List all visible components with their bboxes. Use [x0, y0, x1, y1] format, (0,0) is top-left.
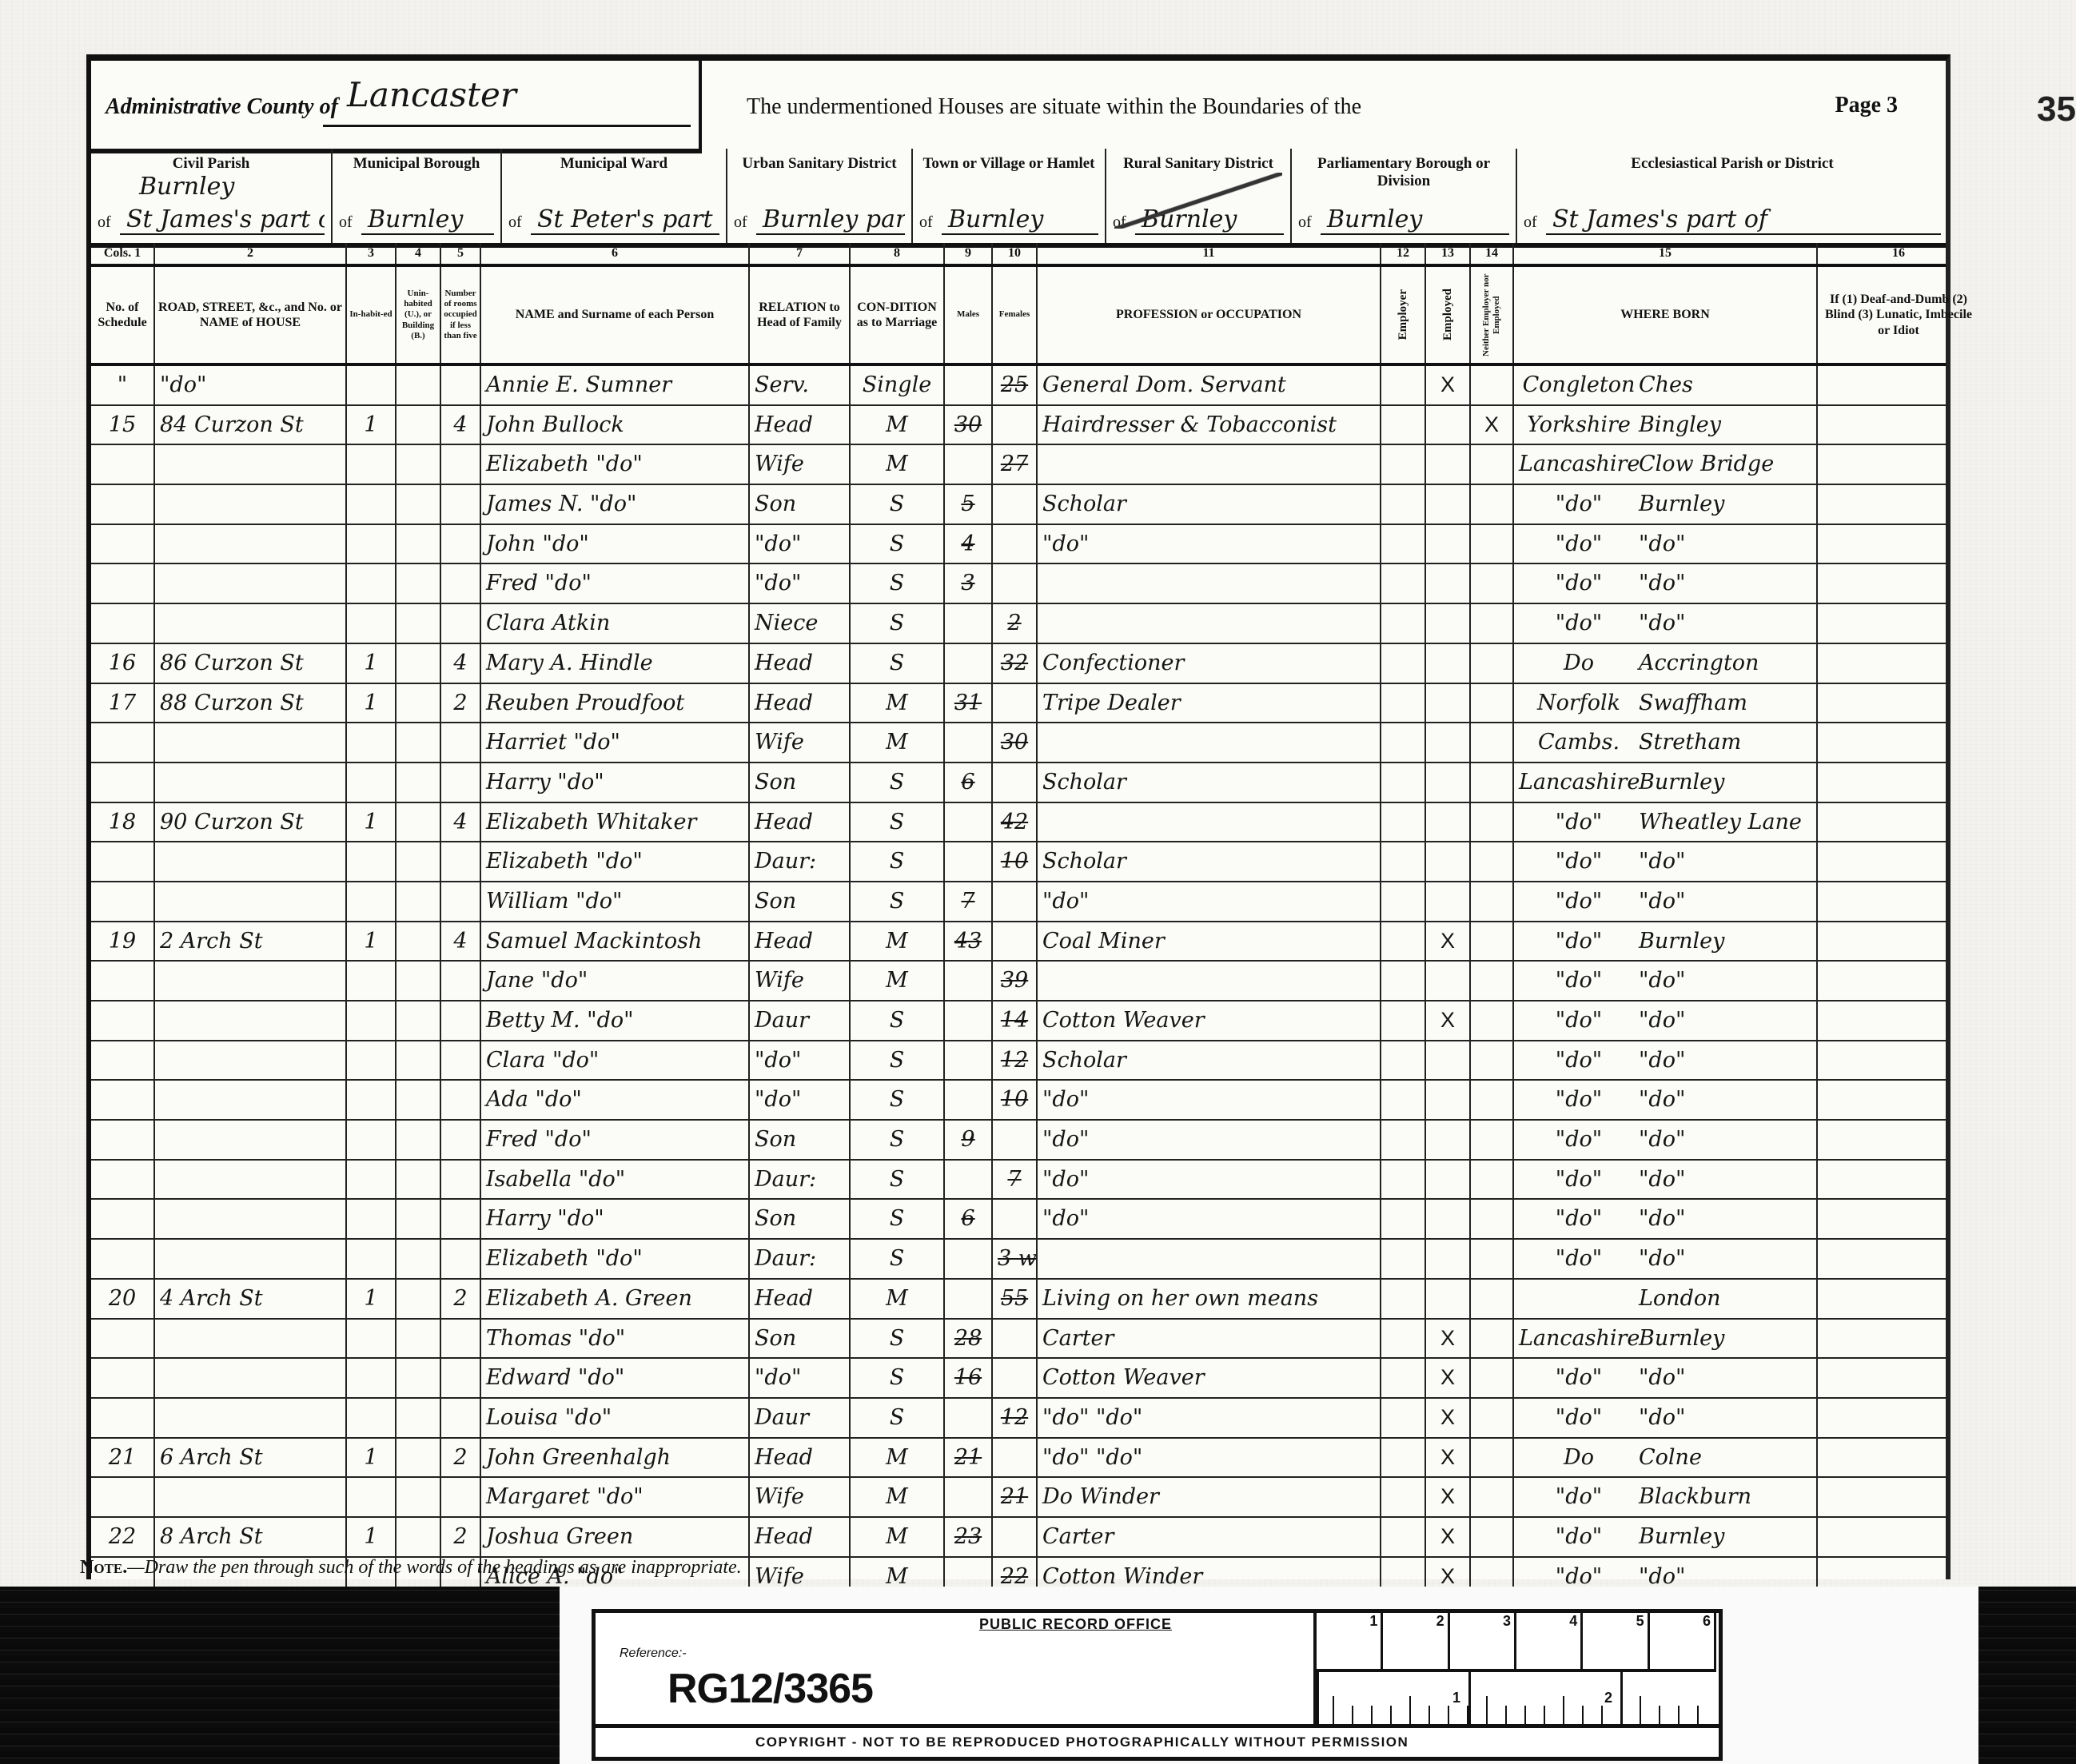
cell-infirmity: [1818, 1518, 1979, 1556]
cell-uninhabited: [396, 644, 441, 683]
cell-rooms: [441, 1001, 481, 1040]
cell-inhabited: 1: [347, 1280, 396, 1318]
header-neither-text: Neither Employer nor Employed: [1481, 269, 1502, 361]
cell-female_age: 3 weeks: [993, 1240, 1038, 1278]
cell-relation: Head: [750, 1280, 851, 1318]
born-place: "do": [1639, 1127, 1685, 1152]
cell-address: [155, 1320, 347, 1358]
ruler-tick: [1352, 1706, 1353, 1725]
table-row: Elizabeth "do"Daur:S3 weeks"do""do": [91, 1240, 1946, 1280]
header-females-text: Females: [999, 309, 1030, 320]
cell-infirmity: [1818, 564, 1979, 603]
boundaries-heading: The undermentioned Houses are situate wi…: [747, 94, 1361, 120]
cell-schedule: [91, 1399, 155, 1437]
born-place: "do": [1639, 1564, 1685, 1589]
cell-male_age: [945, 1041, 993, 1080]
district-label: Urban Sanitary District: [727, 155, 911, 173]
cell-inhabited: [347, 1041, 396, 1080]
district-0: Civil ParishBurnleyofSt James's part of: [91, 149, 333, 243]
cell-male_age: 5: [945, 485, 993, 524]
cell-where_born: "do"Burnley: [1514, 922, 1818, 961]
cell-name: Fred "do": [481, 564, 750, 603]
cell-female_age: [993, 763, 1038, 802]
cell-infirmity: [1818, 1240, 1979, 1278]
cell-rooms: [441, 1081, 481, 1119]
cell-occupation: "do": [1038, 1161, 1381, 1199]
cell-employed: [1426, 1280, 1471, 1318]
cell-male_age: [945, 445, 993, 484]
cell-infirmity: [1818, 962, 1979, 1000]
cell-employed: [1426, 1081, 1471, 1119]
margin-folio-number: 35: [2037, 90, 2076, 129]
ruler-cm-mark: 1: [1317, 1613, 1383, 1669]
column-number: 2: [155, 243, 347, 264]
cell-female_age: [993, 1121, 1038, 1159]
cell-uninhabited: [396, 1399, 441, 1437]
cell-neither: [1471, 1200, 1514, 1238]
born-county: "do": [1519, 1001, 1639, 1039]
cell-neither: [1471, 1359, 1514, 1397]
cell-rooms: [441, 1041, 481, 1080]
ruler-cm-mark: 6: [1650, 1613, 1716, 1669]
table-row: Betty M. "do"DaurS14Cotton WeaverX"do""d…: [91, 1001, 1946, 1041]
cell-female_age: 10: [993, 842, 1038, 881]
cell-inhabited: [347, 882, 396, 921]
cell-employer: [1381, 763, 1426, 802]
cell-occupation: [1038, 962, 1381, 1000]
cell-address: [155, 604, 347, 643]
cell-infirmity: [1818, 882, 1979, 921]
cell-uninhabited: [396, 1121, 441, 1159]
table-body: ""do"Annie E. SumnerServ.Single25General…: [91, 366, 1946, 1597]
cell-male_age: [945, 962, 993, 1000]
cell-schedule: [91, 485, 155, 524]
cell-condition: M: [851, 1478, 945, 1516]
cell-name: Jane "do": [481, 962, 750, 1000]
cell-employer: [1381, 1439, 1426, 1477]
cell-employer: [1381, 1240, 1426, 1278]
cell-schedule: [91, 1161, 155, 1199]
cell-neither: [1471, 1320, 1514, 1358]
cell-male_age: [945, 1478, 993, 1516]
cell-schedule: [91, 882, 155, 921]
cell-neither: [1471, 962, 1514, 1000]
district-label: Rural Sanitary District: [1106, 155, 1290, 173]
cell-occupation: "do": [1038, 882, 1381, 921]
cell-infirmity: [1818, 1121, 1979, 1159]
cell-inhabited: [347, 525, 396, 563]
header-infirmity: If (1) Deaf-and-Dumb (2) Blind (3) Lunat…: [1818, 267, 1979, 363]
table-row: 228 Arch St12Joshua GreenHeadM23CarterX"…: [91, 1518, 1946, 1558]
cell-address: [155, 763, 347, 802]
cell-occupation: Hairdresser & Tobacconist: [1038, 406, 1381, 444]
cell-rooms: [441, 882, 481, 921]
cell-where_born: "do""do": [1514, 842, 1818, 881]
district-of-label: of: [1524, 213, 1537, 232]
cell-inhabited: 1: [347, 1518, 396, 1556]
cell-employed: [1426, 1240, 1471, 1278]
cell-rooms: [441, 1240, 481, 1278]
cell-condition: M: [851, 962, 945, 1000]
cell-condition: S: [851, 525, 945, 563]
county-underline: [323, 125, 691, 127]
born-place: "do": [1639, 571, 1685, 595]
district-headers: Civil ParishBurnleyofSt James's part ofM…: [91, 149, 1946, 248]
cell-where_born: "do""do": [1514, 1081, 1818, 1119]
cell-name: Elizabeth "do": [481, 842, 750, 881]
cell-relation: Wife: [750, 445, 851, 484]
cell-where_born: LancashireBurnley: [1514, 1320, 1818, 1358]
table-row: 1686 Curzon St14Mary A. HindleHeadS32Con…: [91, 644, 1946, 684]
cell-uninhabited: [396, 366, 441, 404]
cell-infirmity: [1818, 842, 1979, 881]
cell-rooms: [441, 445, 481, 484]
cell-female_age: [993, 1359, 1038, 1397]
born-place: Burnley: [1639, 1524, 1724, 1549]
cell-neither: [1471, 1439, 1514, 1477]
ruler-tick: [1640, 1696, 1641, 1725]
cell-condition: S: [851, 842, 945, 881]
cell-condition: S: [851, 644, 945, 683]
cell-infirmity: [1818, 1439, 1979, 1477]
column-number: 16: [1818, 243, 1979, 264]
cell-where_born: "do""do": [1514, 1240, 1818, 1278]
column-number: 12: [1381, 243, 1426, 264]
cell-inhabited: 1: [347, 1439, 396, 1477]
header-uninhabited-text: Unin-habited (U.), or Building (B.): [398, 289, 438, 341]
cell-uninhabited: [396, 564, 441, 603]
cell-occupation: Scholar: [1038, 485, 1381, 524]
table-row: Louisa "do"DaurS12"do" "do"X"do""do": [91, 1399, 1946, 1439]
born-county: Do: [1519, 644, 1639, 682]
cell-relation: Son: [750, 1200, 851, 1238]
cell-employer: [1381, 1081, 1426, 1119]
cell-condition: M: [851, 684, 945, 723]
born-place: Bingley: [1639, 412, 1721, 437]
cell-occupation: [1038, 723, 1381, 762]
cell-infirmity: [1818, 445, 1979, 484]
cell-employed: [1426, 842, 1471, 881]
cell-female_age: 42: [993, 803, 1038, 842]
born-place: London: [1639, 1286, 1721, 1311]
born-place: "do": [1639, 1206, 1685, 1231]
born-county: Yorkshire: [1519, 406, 1639, 444]
cell-condition: S: [851, 485, 945, 524]
cell-employer: [1381, 525, 1426, 563]
born-county: Cambs.: [1519, 723, 1639, 761]
cell-address: [155, 1200, 347, 1238]
cell-occupation: Carter: [1038, 1518, 1381, 1556]
born-county: "do": [1519, 525, 1639, 563]
column-number: 5: [441, 243, 481, 264]
cell-name: John Greenhalgh: [481, 1439, 750, 1477]
cell-male_age: 28: [945, 1320, 993, 1358]
district-of-label: of: [734, 213, 747, 232]
cell-infirmity: [1818, 1399, 1979, 1437]
cell-occupation: "do" "do": [1038, 1399, 1381, 1437]
cell-name: Ada "do": [481, 1081, 750, 1119]
cell-where_born: YorkshireBingley: [1514, 406, 1818, 444]
cell-where_born: "do""do": [1514, 882, 1818, 921]
table-row: 1584 Curzon St14John BullockHeadM30Haird…: [91, 406, 1946, 446]
cell-rooms: [441, 723, 481, 762]
header-employed-text: Employed: [1440, 289, 1455, 340]
cell-neither: [1471, 1478, 1514, 1516]
header-condition: CON-DITION as to Marriage: [851, 267, 945, 363]
cell-condition: M: [851, 922, 945, 961]
cell-female_age: [993, 485, 1038, 524]
cell-infirmity: [1818, 1200, 1979, 1238]
cell-neither: [1471, 485, 1514, 524]
ruler-tick: [1659, 1706, 1660, 1725]
cell-name: Margaret "do": [481, 1478, 750, 1516]
cell-employed: [1426, 684, 1471, 723]
cell-condition: S: [851, 1240, 945, 1278]
cell-condition: Single: [851, 366, 945, 404]
cell-rooms: [441, 842, 481, 881]
cell-employed: X: [1426, 922, 1471, 961]
table-row: James N. "do"SonS5Scholar"do"Burnley: [91, 485, 1946, 525]
cell-uninhabited: [396, 882, 441, 921]
cell-schedule: [91, 1359, 155, 1397]
cell-employer: [1381, 1161, 1426, 1199]
cell-rooms: [441, 1161, 481, 1199]
born-county: Congleton: [1519, 366, 1639, 404]
cell-female_age: 25: [993, 366, 1038, 404]
cell-male_age: [945, 1280, 993, 1318]
cell-address: [155, 564, 347, 603]
table-row: Isabella "do"Daur:S7"do""do""do": [91, 1161, 1946, 1201]
cell-employed: [1426, 882, 1471, 921]
born-county: "do": [1519, 1518, 1639, 1555]
cell-address: 2 Arch St: [155, 922, 347, 961]
cell-inhabited: [347, 485, 396, 524]
cell-rooms: 4: [441, 803, 481, 842]
born-county: "do": [1519, 842, 1639, 880]
cell-name: Samuel Mackintosh: [481, 922, 750, 961]
born-county: "do": [1519, 604, 1639, 642]
cell-infirmity: [1818, 525, 1979, 563]
cell-employer: [1381, 1001, 1426, 1040]
cell-female_age: 30: [993, 723, 1038, 762]
header-employer: Employer: [1381, 267, 1426, 363]
cell-inhabited: [347, 1161, 396, 1199]
cell-address: 6 Arch St: [155, 1439, 347, 1477]
cell-female_age: 21: [993, 1478, 1038, 1516]
header-rooms-text: Number of rooms occupied if less than fi…: [443, 289, 478, 341]
ruler-tick: [1333, 1696, 1334, 1725]
cell-name: Isabella "do": [481, 1161, 750, 1199]
column-number: 14: [1471, 243, 1514, 264]
column-number: Cols. 1: [91, 243, 155, 264]
cell-condition: S: [851, 1081, 945, 1119]
born-place: "do": [1639, 849, 1685, 874]
cell-inhabited: [347, 1478, 396, 1516]
cell-condition: S: [851, 1041, 945, 1080]
ruler-tick: [1448, 1706, 1449, 1725]
header-employed: Employed: [1426, 267, 1471, 363]
cell-employer: [1381, 1478, 1426, 1516]
cell-employed: [1426, 723, 1471, 762]
born-place: Burnley: [1639, 929, 1724, 954]
cell-rooms: [441, 1121, 481, 1159]
cell-male_age: [945, 366, 993, 404]
cell-where_born: "do""do": [1514, 604, 1818, 643]
cell-where_born: "do""do": [1514, 525, 1818, 563]
reference-panel: PUBLIC RECORD OFFICE Reference:- RG12/33…: [560, 1587, 1978, 1764]
born-county: "do": [1519, 1399, 1639, 1436]
cell-infirmity: [1818, 366, 1979, 404]
cell-neither: [1471, 366, 1514, 404]
cell-address: [155, 882, 347, 921]
cell-employer: [1381, 1359, 1426, 1397]
cell-address: [155, 1001, 347, 1040]
cell-male_age: [945, 1001, 993, 1040]
ruler-cm-mark: 4: [1516, 1613, 1583, 1669]
cell-neither: X: [1471, 406, 1514, 444]
cell-infirmity: [1818, 644, 1979, 683]
born-county: "do": [1519, 1041, 1639, 1079]
district-3: Urban Sanitary DistrictofBurnley part of: [727, 149, 913, 243]
born-place: "do": [1639, 1365, 1685, 1390]
ruler-tick: [1697, 1706, 1699, 1725]
cell-address: [155, 1081, 347, 1119]
cell-where_born: "do"Blackburn: [1514, 1478, 1818, 1516]
cell-employer: [1381, 485, 1426, 524]
cell-where_born: "do""do": [1514, 1001, 1818, 1040]
table-row: Ada "do""do"S10"do""do""do": [91, 1081, 1946, 1121]
cell-uninhabited: [396, 1359, 441, 1397]
cell-where_born: LancashireBurnley: [1514, 763, 1818, 802]
cell-relation: Son: [750, 882, 851, 921]
cell-name: Annie E. Sumner: [481, 366, 750, 404]
cell-employed: [1426, 644, 1471, 683]
cell-female_age: [993, 922, 1038, 961]
cell-occupation: [1038, 445, 1381, 484]
cell-relation: Son: [750, 763, 851, 802]
header-name-text: NAME and Surname of each Person: [516, 307, 714, 322]
cell-employer: [1381, 922, 1426, 961]
cell-employed: [1426, 1121, 1471, 1159]
cell-where_born: "do"Burnley: [1514, 485, 1818, 524]
cell-schedule: [91, 763, 155, 802]
district-label: Ecclesiastical Parish or District: [1517, 155, 1947, 173]
cell-inhabited: 1: [347, 922, 396, 961]
cell-male_age: [945, 1399, 993, 1437]
cell-uninhabited: [396, 406, 441, 444]
cell-uninhabited: [396, 723, 441, 762]
cell-neither: [1471, 922, 1514, 961]
cell-schedule: [91, 1001, 155, 1040]
born-place: Clow Bridge: [1639, 452, 1774, 476]
cell-uninhabited: [396, 1001, 441, 1040]
cell-female_age: [993, 525, 1038, 563]
cell-relation: Head: [750, 406, 851, 444]
cell-female_age: 14: [993, 1001, 1038, 1040]
cell-uninhabited: [396, 1081, 441, 1119]
column-number: 7: [750, 243, 851, 264]
cell-where_born: London: [1514, 1280, 1818, 1318]
header-address: ROAD, STREET, &c., and No. or NAME of HO…: [155, 267, 347, 363]
cell-name: Reuben Proudfoot: [481, 684, 750, 723]
cell-infirmity: [1818, 485, 1979, 524]
cell-relation: Wife: [750, 723, 851, 762]
table-row: Jane "do"WifeM39"do""do": [91, 962, 1946, 1001]
cell-infirmity: [1818, 1280, 1979, 1318]
cell-occupation: "do": [1038, 1081, 1381, 1119]
cell-occupation: Cotton Weaver: [1038, 1359, 1381, 1397]
cell-name: Elizabeth "do": [481, 445, 750, 484]
cell-female_age: [993, 1320, 1038, 1358]
district-4: Town or Village or HamletofBurnley: [913, 149, 1106, 243]
cell-schedule: [91, 1320, 155, 1358]
born-place: Ches: [1639, 372, 1693, 397]
header-rooms: Number of rooms occupied if less than fi…: [441, 267, 481, 363]
cell-address: [155, 525, 347, 563]
cell-employer: [1381, 406, 1426, 444]
cell-address: [155, 485, 347, 524]
cell-relation: Head: [750, 922, 851, 961]
born-place: "do": [1639, 611, 1685, 635]
cell-employed: [1426, 525, 1471, 563]
cell-address: 84 Curzon St: [155, 406, 347, 444]
cell-rooms: [441, 366, 481, 404]
header-occupation: PROFESSION or OCCUPATION: [1038, 267, 1381, 363]
cell-inhabited: [347, 962, 396, 1000]
district-label: Town or Village or Hamlet: [913, 155, 1105, 173]
cell-neither: [1471, 1041, 1514, 1080]
cell-inhabited: [347, 1121, 396, 1159]
cell-condition: S: [851, 1001, 945, 1040]
born-county: "do": [1519, 882, 1639, 920]
cell-uninhabited: [396, 842, 441, 881]
ruler-tick: [1371, 1706, 1373, 1725]
cell-relation: Head: [750, 803, 851, 842]
district-value: Burnley: [1321, 205, 1509, 235]
born-place: Burnley: [1639, 1326, 1724, 1351]
district-label: Municipal Borough: [333, 155, 500, 173]
cell-where_born: "do""do": [1514, 1041, 1818, 1080]
cell-female_age: 12: [993, 1399, 1038, 1437]
cell-neither: [1471, 1240, 1514, 1278]
cell-inhabited: [347, 1240, 396, 1278]
cell-male_age: [945, 644, 993, 683]
cell-name: Clara "do": [481, 1041, 750, 1080]
cell-neither: [1471, 1518, 1514, 1556]
born-place: Stretham: [1639, 730, 1741, 755]
cell-employer: [1381, 882, 1426, 921]
cell-uninhabited: [396, 1200, 441, 1238]
cell-infirmity: [1818, 604, 1979, 643]
cell-occupation: Do Winder: [1038, 1478, 1381, 1516]
cell-infirmity: [1818, 1478, 1979, 1516]
cell-name: Clara Atkin: [481, 604, 750, 643]
district-of-label: of: [919, 213, 933, 232]
district-value: Burnley: [942, 205, 1098, 235]
cell-relation: "do": [750, 564, 851, 603]
cell-male_age: [945, 1240, 993, 1278]
cell-rooms: 2: [441, 684, 481, 723]
cell-employed: [1426, 1161, 1471, 1199]
column-number: 4: [396, 243, 441, 264]
born-county: "do": [1519, 1200, 1639, 1237]
cell-employed: [1426, 763, 1471, 802]
ruler-tick: [1467, 1706, 1468, 1725]
district-extra-value: Burnley: [139, 173, 234, 201]
cell-relation: Niece: [750, 604, 851, 643]
born-county: "do": [1519, 803, 1639, 841]
cell-male_age: 16: [945, 1359, 993, 1397]
